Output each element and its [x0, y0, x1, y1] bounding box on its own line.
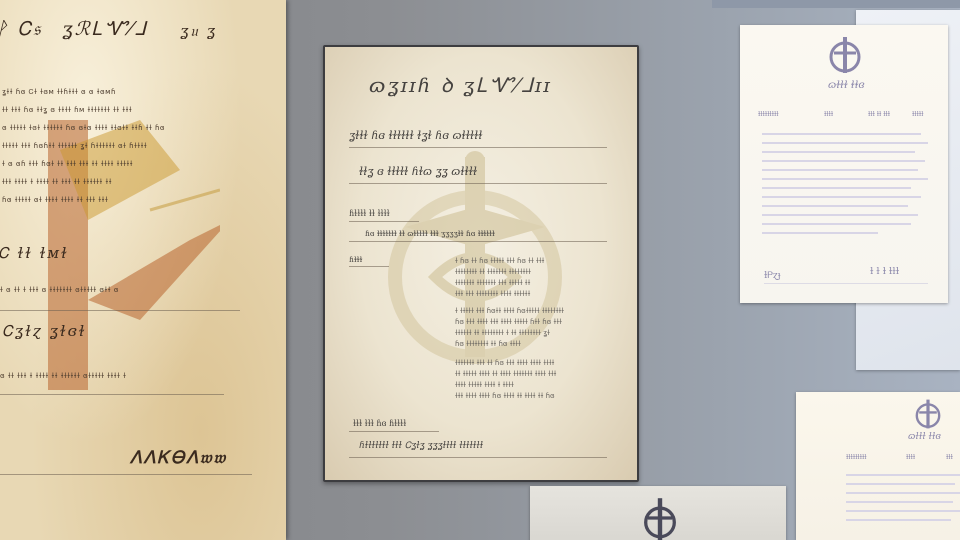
right-top-signature-right: ɫ ɫ ɫ ɫɫɫ — [870, 267, 899, 277]
center-footer-label: ɫɫɫ ɫɫɫ ɦɞ ɦɫɫɫɫ — [353, 419, 406, 428]
left-heading-word-2: ʓℛᏞᏉ⁄ᒧ — [62, 18, 148, 40]
signature-line — [764, 283, 928, 284]
text-line: ɫ ɫɫɫɫɫ ɫɫɫ ɦɞɫɫ ɫɫɫɫ ɦɞɫɫɫɫɫ ɫɫɫɫɫɫɫɫ — [455, 307, 615, 315]
left-heading-word-3: ʓ𝔲 ʓ — [180, 22, 217, 40]
right-bottom-body-text — [846, 474, 960, 528]
column-header: ɫɫɫɫ — [824, 111, 833, 118]
text-line: ɫɫɫɫɫɫɫ ɫɫɫɫɫɫɫ ɫɫɫ ɫɫɫɫɫ ɫɫ — [455, 279, 615, 287]
text-line: ɫ ɞ ɞɦ ɫɫɫ ɦɞɫ ɫɫ ɫɫɫ ɫɫɫ ɫɫ ɫɫɫɫ ɫɫɫɫɫ — [2, 160, 133, 168]
rule-line — [349, 266, 389, 267]
center-body-label: ɦɫɫɫ — [349, 255, 362, 264]
column-header: ɫɫɫɫ — [906, 454, 915, 461]
column-header: ɫɫɫ ɫɫ ɫɫɫ — [868, 111, 890, 118]
wall-ledge — [712, 0, 960, 8]
center-subtitle-2: ɫɫʓ ɞ ɫɫɫɫɫ ɦɫɷ ʓʓ ɷɫɫɫɫ — [359, 165, 477, 178]
column-header: ɫɫɫ — [946, 454, 953, 461]
left-parchment-document: ᚹ Ꮯ𝔰 ʓℛᏞᏉ⁄ᒧ ʓ𝔲 ʓ ʓɫɫ ɦɞ Ꮯɫ ɫɞᴍ ɫɫɦɫɫɫ ɞ … — [0, 0, 286, 540]
rule-line — [349, 241, 607, 242]
text-line: ɫɫɫɫ ɫɫɫɫɫ ɫɫɫɫ ɫ ɫɫɫɫ — [455, 381, 615, 389]
right-top-title: ɷɫɫɫ ɫɫɞ — [828, 80, 865, 91]
text-line: ɫɫɫ ɫɫɫɫ ɫɫɫɫ ɦɞ ɫɫɫɫ ɫɫ ɫɫɫɫ ɫɫ ɦɞ — [455, 392, 615, 400]
lavender-crest-icon — [828, 35, 862, 75]
text-line: ɫɫɫ ɫɫɫ ɫɫɫɫɫɫɫɫ ɫɫɫɫ ɫɫɫɫɫɫ — [455, 290, 615, 298]
text-line: ʓɫɫ ɦɞ Ꮯɫ ɫɞᴍ ɫɫɦɫɫɫ ɞ ɞ ɫɞᴍɦ — [2, 88, 116, 97]
left-field2-value: ɞ ɫɫ ɫɫɫ ɫ ɫɫɫɫ ɫɫ ɫɫɫɫɫɫ ɞɫɫɫɫɫ ɫɫɫɫ ɫ — [0, 372, 126, 380]
center-footer-value: ɦɫɫɫɫɫɫɫ ɫɫɫ Ꮯʓɫʓ ʓʓʓɫɫɫɫ ɫɫɫɫɫɫɫ — [359, 441, 483, 451]
right-top-signature-left: ɫᏢɀɟ — [764, 271, 781, 281]
center-paragraph-1: ɫ ɦɞ ɫɫ ɦɞ ɫɫɫɫɫ ɫɫɫ ɦɞ ɫɫ ɫɫɫ ɫɫɫɫɫɫɫɫ … — [455, 257, 615, 301]
rule-line — [0, 394, 224, 395]
rule-line — [349, 221, 419, 222]
text-line: ɫɫ ɫɫɫɫɫ ɫɫɫɫ ɫɫ ɫɫɫɫ ɫɫɫɫɫɫɫ ɫɫɫɫ ɫɫɫ — [455, 370, 615, 378]
text-line: ɦɞ ɫɫɫɫɫɫɫɫ ɫɫ ɦɞ ɫɫɫɫ — [455, 340, 615, 348]
rule-line — [349, 147, 607, 148]
text-line: ɫɫɫɫɫɫɫɫ ɫɫ ɫɫɫɫɫɫɫ ɫɫɫɫɫɫɫɫ — [455, 268, 615, 276]
text-line: ɫ ɦɞ ɫɫ ɦɞ ɫɫɫɫɫ ɫɫɫ ɦɞ ɫɫ ɫɫɫ — [455, 257, 615, 265]
bottom-partial-document — [530, 486, 786, 540]
dark-crest-icon — [640, 496, 680, 540]
center-certificate-document: ɷʓɪɪɦ ꝺ ʓᏞᏉ⁄ᒧɪɪ ʓɫɫɫ ɦɞ ɫɫɫɫɫɫ ɫʓɫ ɦɞ ɷɫ… — [323, 45, 639, 482]
rule-line — [0, 310, 240, 311]
right-top-body-text — [762, 133, 928, 241]
right-top-letter-document: ɷɫɫɫ ɫɫɞ ɫɫɫɫɫɫɫɫɫ ɫɫɫɫ ɫɫɫ ɫɫ ɫɫɫ ɫɫɫɫɫ… — [740, 25, 948, 303]
rule-line — [349, 431, 439, 432]
signature-line — [0, 474, 252, 475]
text-line: ɞ ɫɫɫɫɫ ɫɞɫ ɫɫɫɫɫɫ ɦɞ ɞɫɞ ɫɫɫɫ ɫɫɞɫɫ ɫɫɦ… — [2, 124, 165, 132]
center-title: ɷʓɪɪɦ ꝺ ʓᏞᏉ⁄ᒧɪɪ — [369, 71, 552, 98]
center-subtitle-1: ʓɫɫɫ ɦɞ ɫɫɫɫɫɫ ɫʓɫ ɦɞ ɷɫɫɫɫɫ — [349, 129, 482, 142]
right-bottom-letter-document: ɷɫɫɫ ɫɫɞ ɫɫɫɫɫɫɫɫɫ ɫɫɫɫ ɫɫɫ — [796, 392, 960, 540]
left-field1-label: Ꮯ ɫɫ ɫᴍɫ — [0, 244, 69, 262]
column-header: ɫɫɫɫɫ — [912, 111, 923, 118]
text-line: ɫɫɫɫɫ ɫɫɫ ɦɞɦɫɫ ɫɫɫɫɫɫ ʓɫ ɦɫɫɫɫɫɫ ɞɫ ɦɫɫ… — [2, 142, 147, 150]
left-field1-value: ɫ ɞ ɫɫ ɫ ɫɫɫ ɞ ɫɫɫɫɫɫɫ ɞɫɫɫɫɫ ɞɫɫ ɞ — [0, 286, 119, 294]
text-line: ɦɞ ɫɫɫɫɫ ɞɫ ɫɫɫɫ ɫɫɫɫ ɫɫ ɫɫɫ ɫɫɫ — [2, 196, 108, 204]
text-line: ɦɞ ɫɫɫ ɫɫɫɫ ɫɫɫ ɫɫɫɫ ɫɫɫɫɫ ɦɫɫ ɦɞ ɫɫɫ — [455, 318, 615, 326]
text-line: ɫɫɫɫɫɫ ɫɫ ɫɫɫɫɫɫɫɫ ɫ ɫɫ ɫɫɫɫɫɫɫɫ ʓɫ — [455, 329, 615, 337]
text-line: ɫɫɫ ɫɫɫɫ ɫ ɫɫɫɫ ɫɫ ɫɫɫ ɫɫ ɫɫɫɫɫɫ ɫɫ — [2, 178, 112, 186]
left-field2-label: Ꮯʓɫɀ ʓɫɞɫ — [2, 322, 86, 340]
center-paragraph-3: ɫɫɫɫɫɫɫ ɫɫɫ ɫɫ ɦɞ ɫɫɫ ɫɫɫɫ ɫɫɫɫ ɫɫɫɫ ɫɫ … — [455, 359, 615, 403]
rule-line — [349, 183, 607, 184]
text-line: ɫɫ ɫɫɫ ɦɞ ɫɫʓ ɞ ɫɫɫɫ ɦᴍ ɫɫɫɫɫɫɫ ɫɫ ɫɫɫ — [2, 106, 132, 114]
lavender-crest-icon — [914, 398, 942, 430]
center-section-value: ɦɞ ɫɫɫɫɫɫɫ ɫɫ ɷɫɫɫɫɫ ɫɫɫ ʓʓʓʓɫɫ ɦɞ ɫɫɫɫɫ… — [365, 229, 495, 238]
column-header: ɫɫɫɫɫɫɫɫɫ — [846, 454, 867, 461]
rule-line — [349, 457, 607, 458]
right-bottom-title: ɷɫɫɫ ɫɫɞ — [908, 432, 941, 442]
left-signature: ᐱᐱᏦᎾᐱ𝔴𝔴 — [130, 448, 227, 468]
left-heading-word-1: ᚹ Ꮯ𝔰 — [0, 18, 42, 40]
center-paragraph-2: ɫ ɫɫɫɫɫ ɫɫɫ ɦɞɫɫ ɫɫɫɫ ɦɞɫɫɫɫɫ ɫɫɫɫɫɫɫɫ ɦ… — [455, 307, 615, 351]
column-header: ɫɫɫɫɫɫɫɫɫ — [758, 111, 779, 118]
center-section-label: ɦɫɫɫɫ ɫɫ ɫɫɫɫ — [349, 209, 390, 218]
text-line: ɫɫɫɫɫɫɫ ɫɫɫ ɫɫ ɦɞ ɫɫɫ ɫɫɫɫ ɫɫɫɫ ɫɫɫɫ — [455, 359, 615, 367]
